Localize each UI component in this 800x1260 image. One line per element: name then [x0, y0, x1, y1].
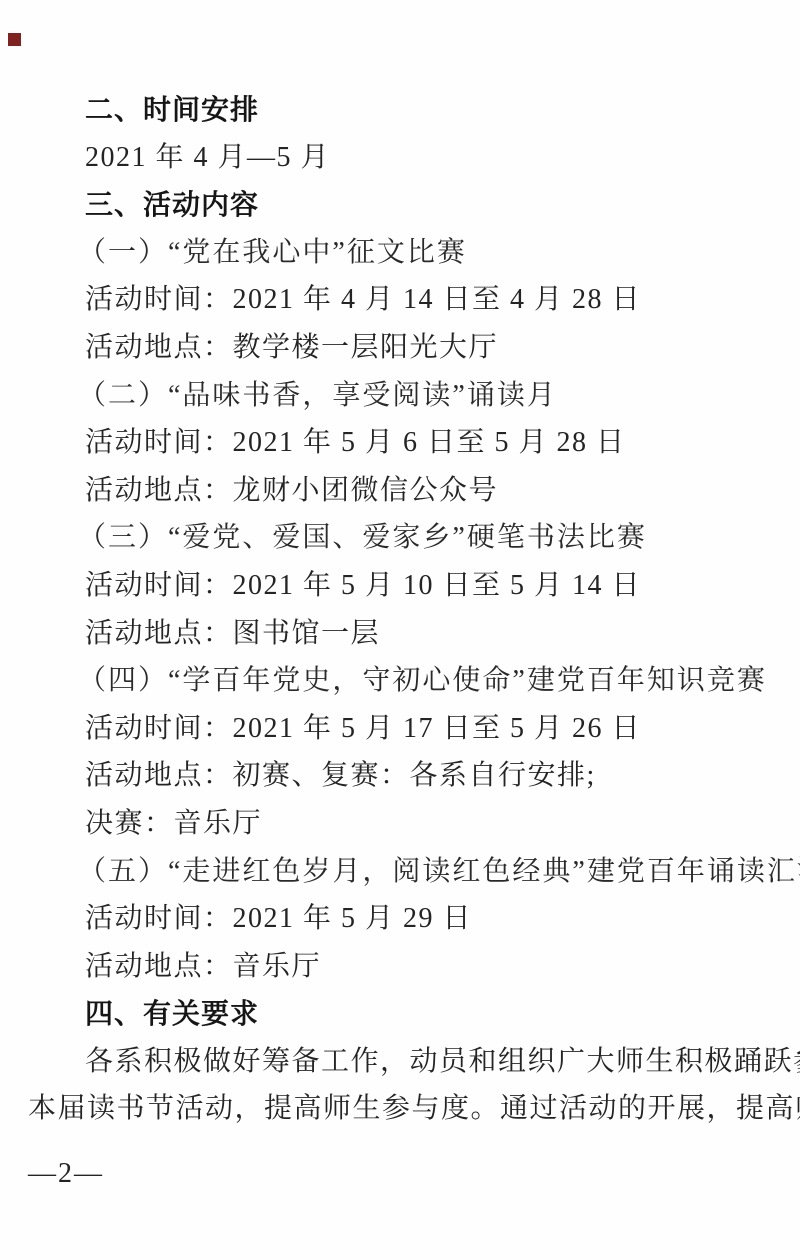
text-line: 活动地点：图书馆一层 [28, 610, 774, 658]
text-line: 活动地点：龙财小团微信公众号 [28, 467, 774, 515]
red-seal-mark [8, 33, 21, 46]
text-line: 四、有关要求 [28, 990, 774, 1038]
page-number: —2— [28, 1158, 104, 1190]
text-line: （一）“党在我心中”征文比赛 [28, 229, 774, 277]
text-line: 各系积极做好筹备工作，动员和组织广大师生积极踊跃参与 [28, 1038, 774, 1086]
text-line: 三、活动内容 [28, 181, 774, 229]
text-line: 活动时间：2021 年 4 月 14 日至 4 月 28 日 [28, 276, 774, 324]
text-line: 活动地点：教学楼一层阳光大厅 [28, 324, 774, 372]
text-line: 活动时间：2021 年 5 月 10 日至 5 月 14 日 [28, 562, 774, 610]
text-line: 活动地点：音乐厅 [28, 943, 774, 991]
text-line: 2021 年 4 月—5 月 [28, 134, 774, 182]
document-page: 二、时间安排2021 年 4 月—5 月三、活动内容（一）“党在我心中”征文比赛… [0, 0, 800, 1260]
text-line: 活动时间：2021 年 5 月 6 日至 5 月 28 日 [28, 419, 774, 467]
text-line: （二）“品味书香，享受阅读”诵读月 [28, 372, 774, 420]
text-line: 决赛：音乐厅 [28, 800, 774, 848]
text-line: 活动时间：2021 年 5 月 29 日 [28, 895, 774, 943]
text-line: （四）“学百年党史，守初心使命”建党百年知识竞赛 [28, 657, 774, 705]
document-content: 二、时间安排2021 年 4 月—5 月三、活动内容（一）“党在我心中”征文比赛… [28, 86, 774, 1133]
text-line: 活动地点：初赛、复赛：各系自行安排; [28, 752, 774, 800]
text-line: （三）“爱党、爱国、爱家乡”硬笔书法比赛 [28, 514, 774, 562]
text-line: 活动时间：2021 年 5 月 17 日至 5 月 26 日 [28, 705, 774, 753]
text-line: 本届读书节活动，提高师生参与度。通过活动的开展，提高师生 [28, 1085, 774, 1133]
text-line: （五）“走进红色岁月，阅读红色经典”建党百年诵读汇演 [28, 848, 774, 896]
text-line: 二、时间安排 [28, 86, 774, 134]
